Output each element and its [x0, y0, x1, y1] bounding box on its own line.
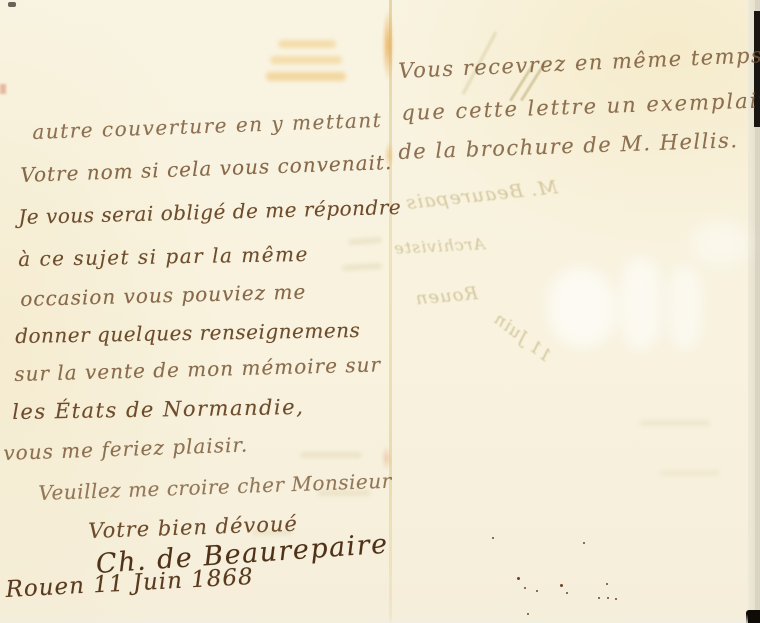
scan-speck-top-left — [8, 2, 16, 7]
ink-speck — [607, 597, 609, 599]
handwriting-line: Votre nom si cela vous convenait. — [20, 151, 393, 186]
bleedthrough-line: Archiviste — [415, 236, 486, 256]
watermark-ghost — [668, 266, 702, 350]
letterhead-bleedthrough-line — [266, 72, 346, 81]
ink-speck — [566, 592, 568, 594]
bleedthrough-smudge — [640, 420, 710, 426]
fold-stain-top — [380, 0, 396, 100]
handwriting-line: donner quelques renseignemens — [15, 319, 360, 347]
ink-speck — [527, 613, 529, 615]
ink-speck — [615, 598, 617, 600]
watermark-ghost — [620, 258, 662, 350]
bleedthrough-line: Rouen — [407, 285, 478, 309]
ink-speck — [598, 597, 600, 599]
handwriting-line: vous me feriez plaisir. — [3, 433, 248, 464]
watermark-ghost — [690, 220, 750, 266]
ink-speck — [492, 537, 494, 539]
ink-speck — [560, 584, 563, 587]
ink-speck — [606, 583, 608, 585]
handwriting-line: autre couverture en y mettant — [32, 109, 383, 143]
letterhead-bleedthrough-line — [270, 56, 342, 64]
bleedthrough-smudge — [348, 237, 382, 245]
bleedthrough-smudge — [300, 452, 362, 458]
dateline: Rouen 11 Juin 1868 — [5, 565, 254, 603]
handwriting-line: Vous recevrez en même temps — [398, 44, 760, 83]
scan-bottom-edge — [0, 614, 748, 623]
ink-speck — [536, 590, 538, 592]
handwriting-line: occasion vous pouviez me — [20, 281, 307, 310]
letter-scan-photo: autre couverture en y mettant Votre nom … — [0, 0, 760, 623]
handwriting-line: à ce sujet si par la même — [18, 243, 309, 270]
letterhead-bleedthrough-line — [278, 40, 336, 48]
watermark-ghost — [548, 268, 618, 348]
scan-dark-corner-bottom-right — [746, 610, 760, 623]
handwriting-line: Veuillez me croire cher Monsieur — [38, 470, 392, 504]
bleedthrough-line: M. Beaurepais — [407, 178, 558, 213]
handwriting-line: Je vous serai obligé de me répondre — [18, 196, 401, 228]
ink-speck — [524, 587, 526, 589]
ink-speck — [583, 542, 585, 544]
bleedthrough-smudge — [342, 263, 382, 271]
handwriting-line: sur la vente de mon mémoire sur — [14, 353, 381, 385]
handwriting-line: de la brochure de M. Hellis. — [398, 129, 739, 164]
handwriting-line: les États de Normandie, — [12, 396, 304, 424]
handwriting-line: que cette lettre un exemplaire — [401, 89, 760, 125]
bleedthrough-smudge — [660, 470, 720, 476]
bleedthrough-line: 11 Juin — [496, 315, 554, 365]
ink-speck — [517, 577, 520, 580]
left-edge-mark — [0, 84, 6, 94]
